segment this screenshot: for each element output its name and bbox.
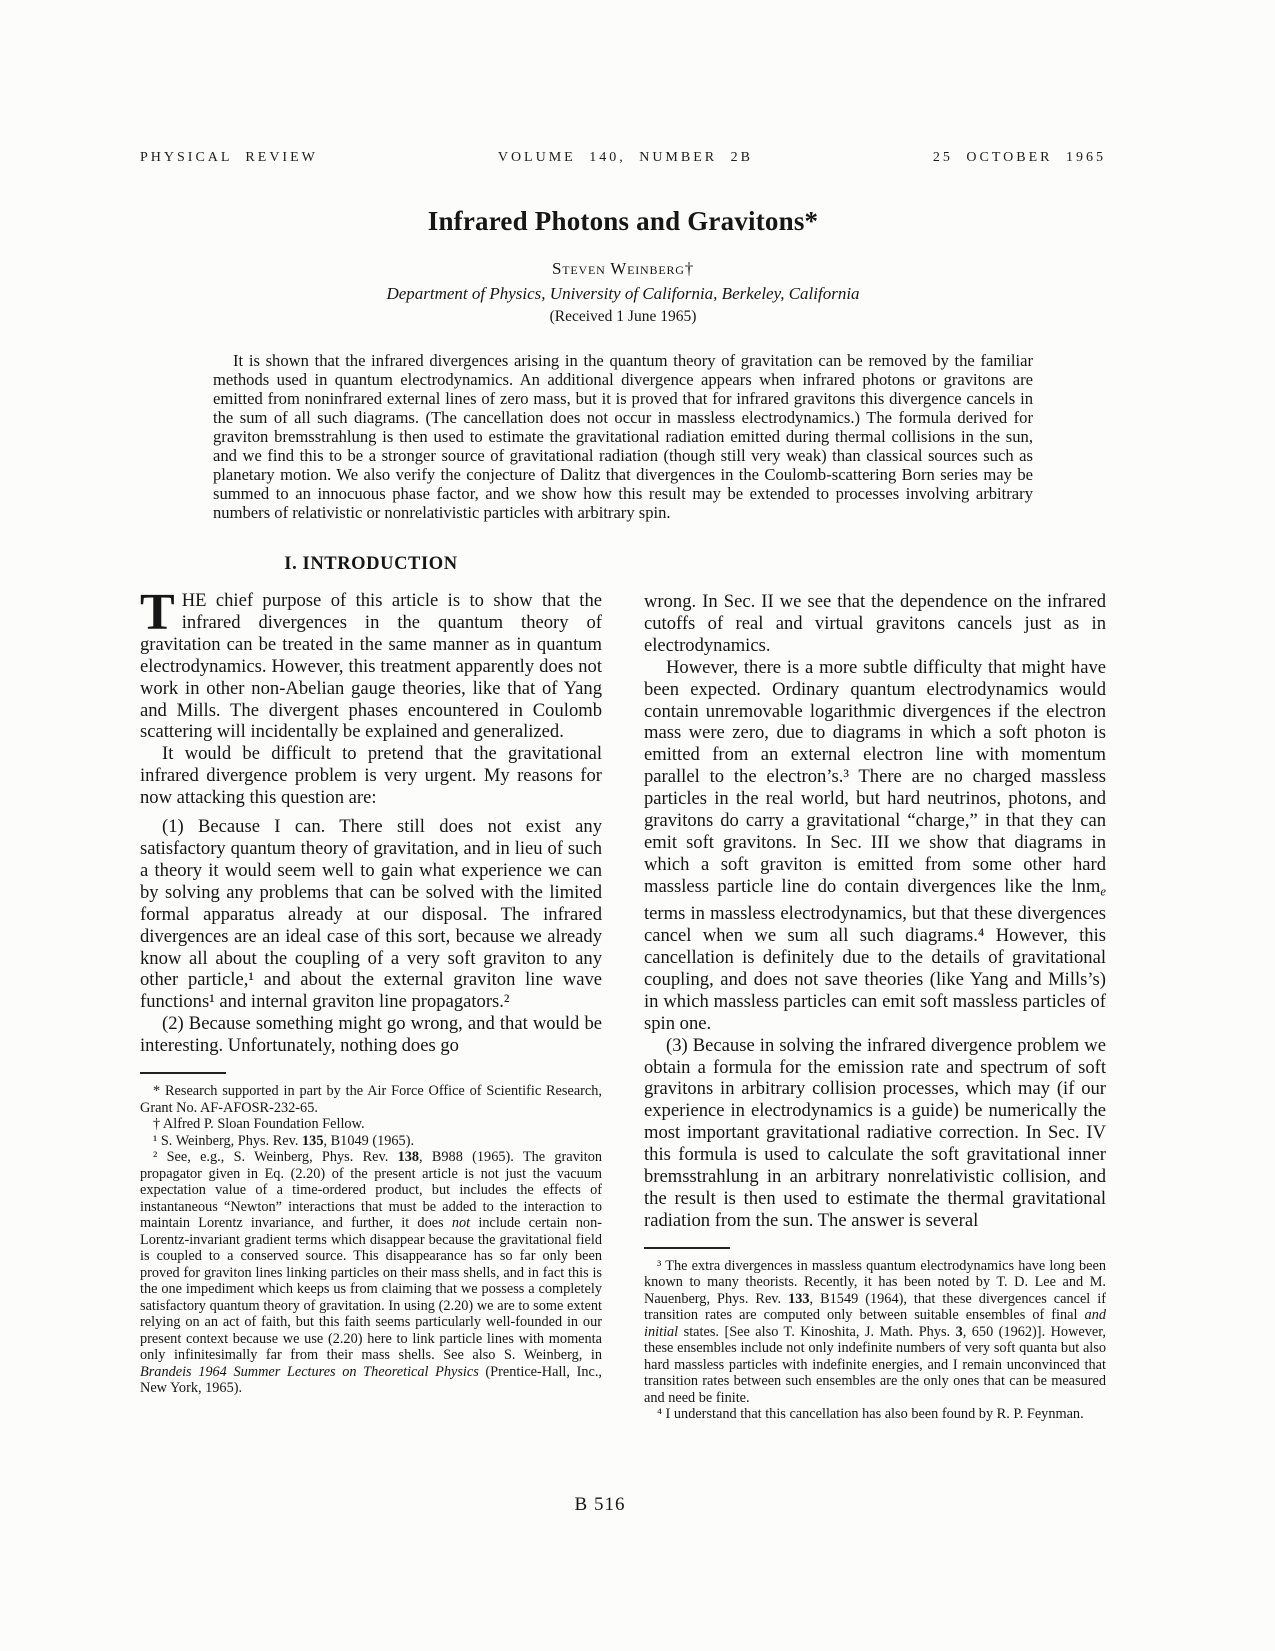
article-title: Infrared Photons and Gravitons*	[140, 206, 1106, 237]
footnote-4: ⁴ I understand that this cancellation ha…	[644, 1406, 1106, 1423]
author-affiliation: Department of Physics, University of Cal…	[140, 284, 1106, 304]
author-name: Steven Weinberg†	[140, 259, 1106, 279]
abstract-text: It is shown that the infrared divergence…	[213, 351, 1033, 522]
paragraph: It would be difficult to pretend that th…	[140, 743, 602, 809]
intro-paragraph: THE chief purpose of this article is to …	[140, 590, 602, 743]
paragraph-reason-2: (2) Because something might go wrong, an…	[140, 1013, 602, 1057]
page-content: PHYSICAL REVIEW VOLUME 140, NUMBER 2B 25…	[140, 150, 1106, 1423]
paragraph-continued: wrong. In Sec. II we see that the depend…	[644, 591, 1106, 657]
footnote-star: * Research supported in part by the Air …	[140, 1083, 602, 1116]
intro-paragraph-text: HE chief purpose of this article is to s…	[140, 590, 602, 742]
paragraph-reason-1: (1) Because I can. There still does not …	[140, 816, 602, 1013]
paragraph-reason-3: (3) Because in solving the infrared dive…	[644, 1035, 1106, 1232]
left-column: I. INTRODUCTION THE chief purpose of thi…	[140, 554, 602, 1423]
volume-number: VOLUME 140, NUMBER 2B	[498, 150, 753, 166]
footnote-dagger: † Alfred P. Sloan Foundation Fellow.	[140, 1116, 602, 1133]
journal-name: PHYSICAL REVIEW	[140, 150, 318, 166]
received-date: (Received 1 June 1965)	[140, 308, 1106, 326]
page-number: B 516	[0, 1494, 1200, 1516]
footnote-3: ³ The extra divergences in massless quan…	[644, 1258, 1106, 1407]
issue-date: 25 OCTOBER 1965	[933, 150, 1106, 166]
section-heading: I. INTRODUCTION	[140, 554, 602, 575]
dropcap-letter: T	[140, 590, 182, 633]
footnote-rule	[140, 1072, 226, 1074]
journal-page: PHYSICAL REVIEW VOLUME 140, NUMBER 2B 25…	[0, 0, 1275, 1651]
footnote-1: ¹ S. Weinberg, Phys. Rev. 135, B1049 (19…	[140, 1133, 602, 1150]
two-column-body: I. INTRODUCTION THE chief purpose of thi…	[140, 554, 1106, 1423]
running-header: PHYSICAL REVIEW VOLUME 140, NUMBER 2B 25…	[140, 150, 1106, 166]
paragraph: However, there is a more subtle difficul…	[644, 657, 1106, 1035]
footnote-rule	[644, 1247, 730, 1249]
right-column: wrong. In Sec. II we see that the depend…	[644, 554, 1106, 1423]
footnote-2: ² See, e.g., S. Weinberg, Phys. Rev. 138…	[140, 1149, 602, 1397]
